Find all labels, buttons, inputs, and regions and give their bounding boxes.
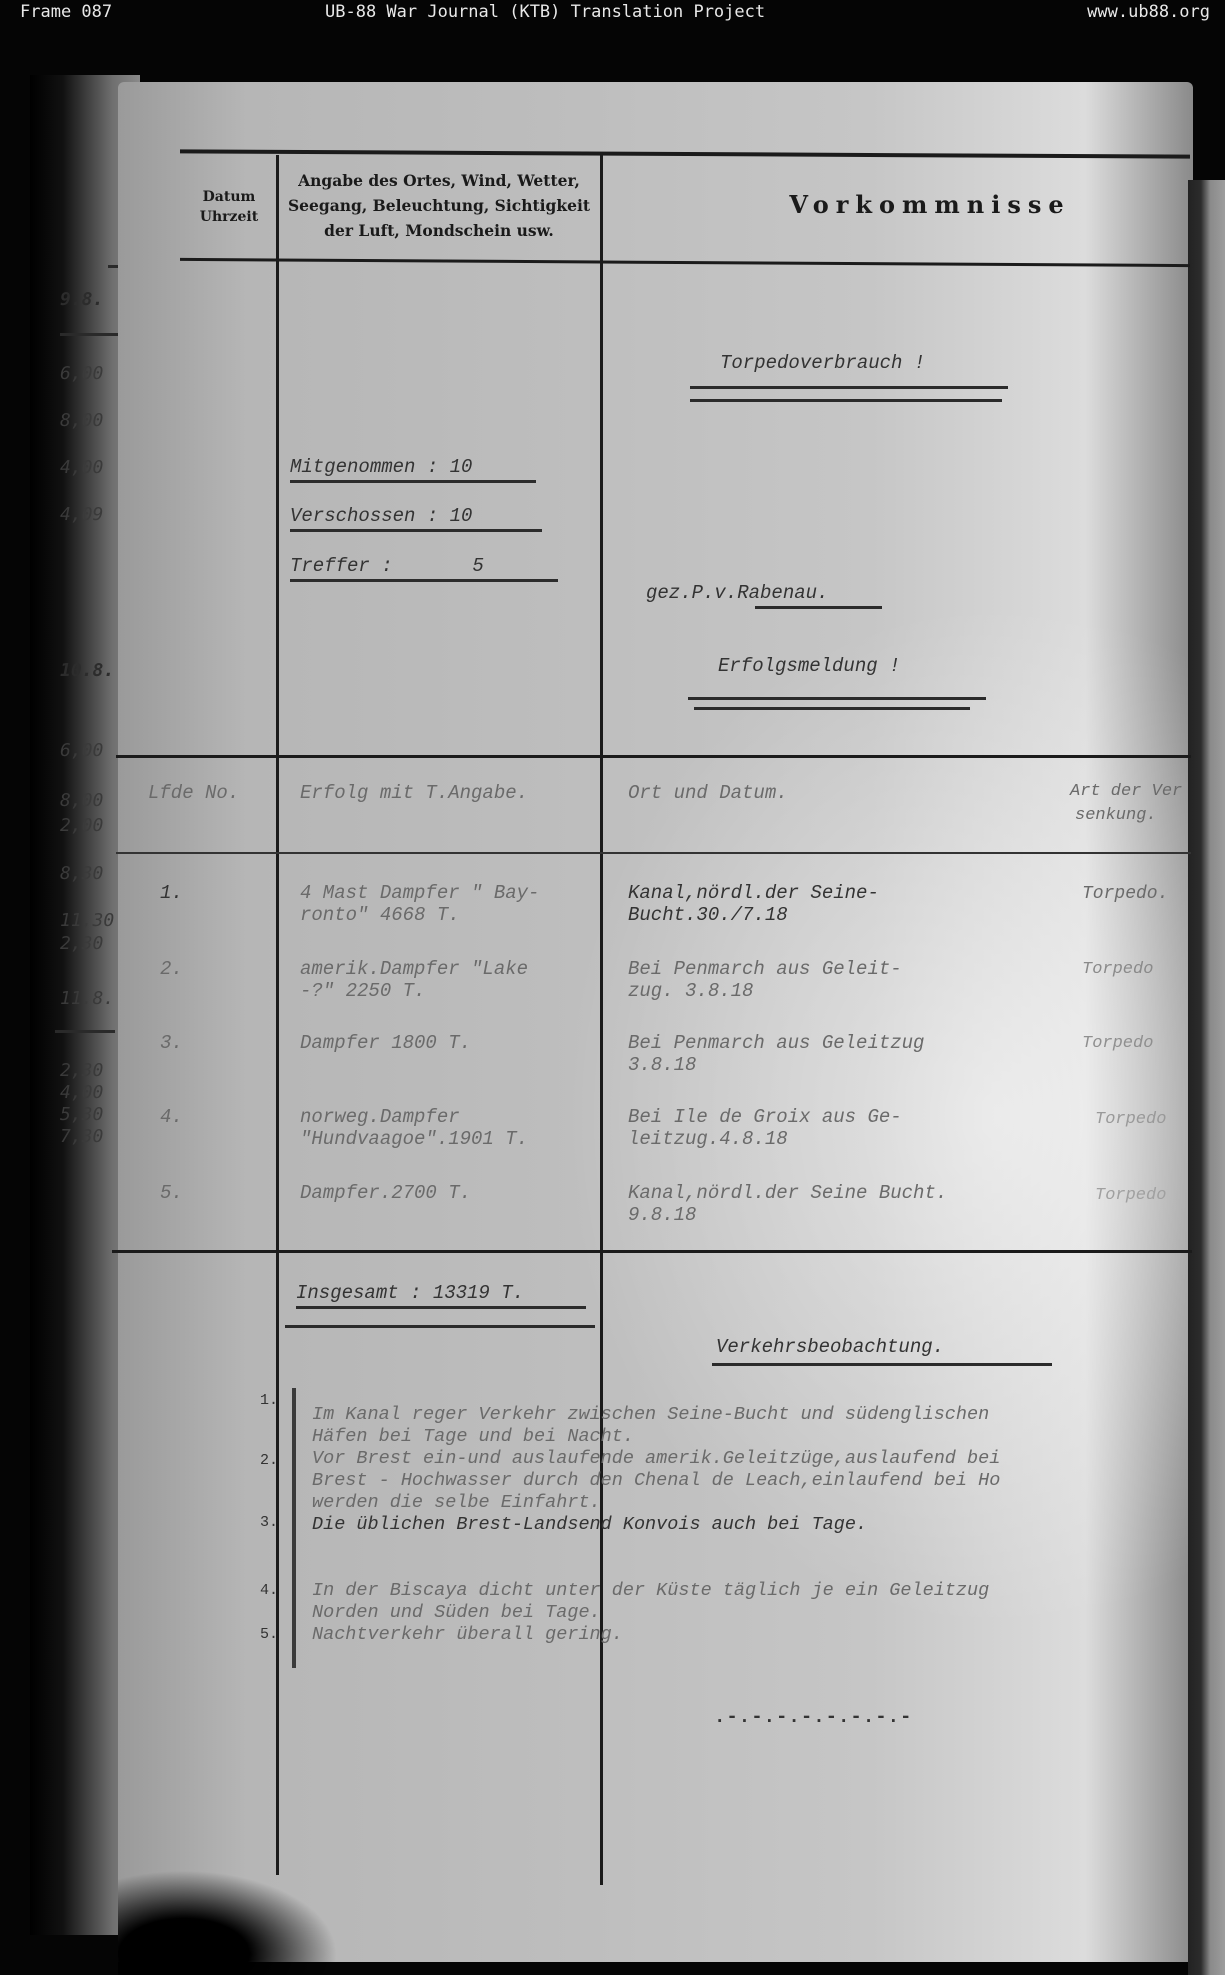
traffic-item: Nachtverkehr überall gering. (312, 1624, 623, 1645)
row-number: 5. (160, 1182, 183, 1204)
col-header-sinking-type-2: senkung. (1075, 806, 1157, 825)
torpedoes-taken: Mitgenommen : 10 (290, 456, 536, 483)
row-date: zug. 3.8.18 (628, 980, 753, 1002)
row-place: Kanal,nördl.der Seine Bucht. (628, 1182, 947, 1204)
item-number: 4. (260, 1582, 278, 1599)
traffic-item: Vor Brest ein-und auslaufende amerik.Gel… (312, 1448, 1000, 1469)
journal-page (118, 82, 1193, 1962)
row-place: Bei Ile de Groix aus Ge- (628, 1106, 902, 1128)
row-place: Kanal,nördl.der Seine- (628, 882, 879, 904)
header-location-line: der Luft, Mondschein usw. (280, 218, 598, 243)
row-date: Bucht.30./7.18 (628, 904, 788, 926)
traffic-item: Im Kanal reger Verkehr zwischen Seine-Bu… (312, 1404, 989, 1425)
margin-entry: 8,30 (60, 863, 103, 884)
traffic-heading-underline (712, 1363, 1052, 1366)
header-date-label: Datum (186, 187, 272, 207)
torpedo-usage-heading: Torpedoverbrauch ! (720, 352, 925, 374)
traffic-item: werden die selbe Einfahrt. (312, 1492, 601, 1513)
row-date: 9.8.18 (628, 1204, 696, 1226)
row-date: 3.8.18 (628, 1054, 696, 1076)
next-page-edge (1188, 180, 1225, 1975)
row-success: ronto" 4668 T. (300, 904, 460, 926)
margin-entry: 4,00 (60, 1082, 103, 1103)
double-underline (688, 697, 986, 700)
torpedoes-fired: Verschossen : 10 (290, 505, 542, 532)
row-success: Dampfer.2700 T. (300, 1182, 471, 1204)
margin-entry: 2,00 (60, 815, 103, 836)
row-sinking-type: Torpedo (1082, 1034, 1153, 1053)
row-sinking-type: Torpedo (1082, 960, 1153, 979)
signature: gez.P.v.Rabenau. (646, 582, 828, 604)
signature-underline (755, 606, 882, 609)
column-divider-date (276, 155, 279, 1875)
margin-entry: 6,00 (60, 363, 103, 384)
margin-entry: 4,00 (60, 457, 103, 478)
row-success: -?" 2250 T. (300, 980, 425, 1002)
row-success: Dampfer 1800 T. (300, 1032, 471, 1054)
row-success: norweg.Dampfer (300, 1106, 460, 1128)
margin-entry: 10.8. (60, 660, 114, 681)
frame-header-bar: Frame 087 UB-88 War Journal (KTB) Transl… (0, 0, 1225, 28)
divider (60, 333, 118, 336)
row-number: 4. (160, 1106, 183, 1128)
corner-shadow (118, 1870, 338, 1975)
row-place: Bei Penmarch aus Geleitzug (628, 1032, 924, 1054)
traffic-item: In der Biscaya dicht unter der Küste täg… (312, 1580, 989, 1601)
margin-entry: 9.8. (60, 289, 103, 310)
row-number: 2. (160, 958, 183, 980)
item-number: 2. (260, 1452, 278, 1469)
traffic-item: Brest - Hochwasser durch den Chenal de L… (312, 1470, 1000, 1491)
success-table-top-rule (116, 755, 1191, 758)
double-underline (690, 386, 1008, 389)
margin-entry: 2,30 (60, 933, 103, 954)
row-sinking-type: Torpedo (1095, 1186, 1166, 1205)
success-table-bottom-rule (112, 1250, 1192, 1253)
traffic-item: Die üblichen Brest-Landsend Konvois auch… (312, 1514, 867, 1535)
margin-entry: 2,30 (60, 1060, 103, 1081)
header-location-line: Seegang, Beleuchtung, Sichtigkeit (280, 193, 598, 218)
margin-entry: 5,30 (60, 1104, 103, 1125)
double-underline (694, 707, 970, 710)
row-success: 4 Mast Dampfer " Bay- (300, 882, 539, 904)
row-sinking-type: Torpedo. (1082, 884, 1168, 904)
row-success: "Hundvaagoe".1901 T. (300, 1128, 528, 1150)
header-location-weather: Angabe des Ortes, Wind, Wetter, Seegang,… (280, 168, 598, 243)
row-number: 3. (160, 1032, 183, 1054)
col-header-number: Lfde No. (148, 782, 239, 804)
total-tonnage: Insgesamt : 13319 T. (296, 1282, 586, 1309)
website-link[interactable]: www.ub88.org (1087, 2, 1210, 22)
margin-bracket (292, 1388, 296, 1668)
col-header-sinking-type: Art der Ver (1070, 782, 1182, 801)
col-header-success: Erfolg mit T.Angabe. (300, 782, 528, 804)
row-sinking-type: Torpedo (1095, 1110, 1166, 1129)
total-underline (285, 1325, 595, 1328)
item-number: 1. (260, 1392, 278, 1409)
project-title: UB-88 War Journal (KTB) Translation Proj… (325, 2, 765, 22)
col-header-place-date: Ort und Datum. (628, 782, 788, 804)
margin-entry: 6,00 (60, 740, 103, 761)
traffic-item: Norden und Süden bei Tage. (312, 1602, 601, 1623)
margin-entry: 11.8. (60, 988, 114, 1009)
margin-entry: 11,30 (60, 910, 114, 931)
traffic-item: Häfen bei Tage und bei Nacht. (312, 1426, 634, 1447)
frame-number: Frame 087 (20, 2, 112, 22)
header-events: Vorkommnisse (770, 190, 1090, 219)
margin-entry: 8,00 (60, 790, 103, 811)
torpedo-hits: Treffer : 5 (290, 555, 558, 582)
header-date-time: Datum Uhrzeit (186, 187, 272, 227)
header-location-line: Angabe des Ortes, Wind, Wetter, (280, 168, 598, 193)
item-number: 3. (260, 1514, 278, 1531)
success-report-heading: Erfolgsmeldung ! (718, 655, 900, 677)
success-table-header-rule (116, 852, 1191, 854)
traffic-heading: Verkehrsbeobachtung. (716, 1336, 944, 1358)
row-number: 1. (160, 882, 183, 904)
header-time-label: Uhrzeit (186, 207, 272, 227)
end-mark: .-.-.-.-.-.-.-.- (714, 1706, 912, 1728)
row-success: amerik.Dampfer "Lake (300, 958, 528, 980)
margin-entry: 7,30 (60, 1126, 103, 1147)
item-number: 5. (260, 1626, 278, 1643)
margin-entry: 8,00 (60, 410, 103, 431)
margin-entry: 4,09 (60, 504, 103, 525)
divider (55, 1030, 115, 1033)
row-date: leitzug.4.8.18 (628, 1128, 788, 1150)
double-underline (690, 399, 1002, 402)
row-place: Bei Penmarch aus Geleit- (628, 958, 902, 980)
